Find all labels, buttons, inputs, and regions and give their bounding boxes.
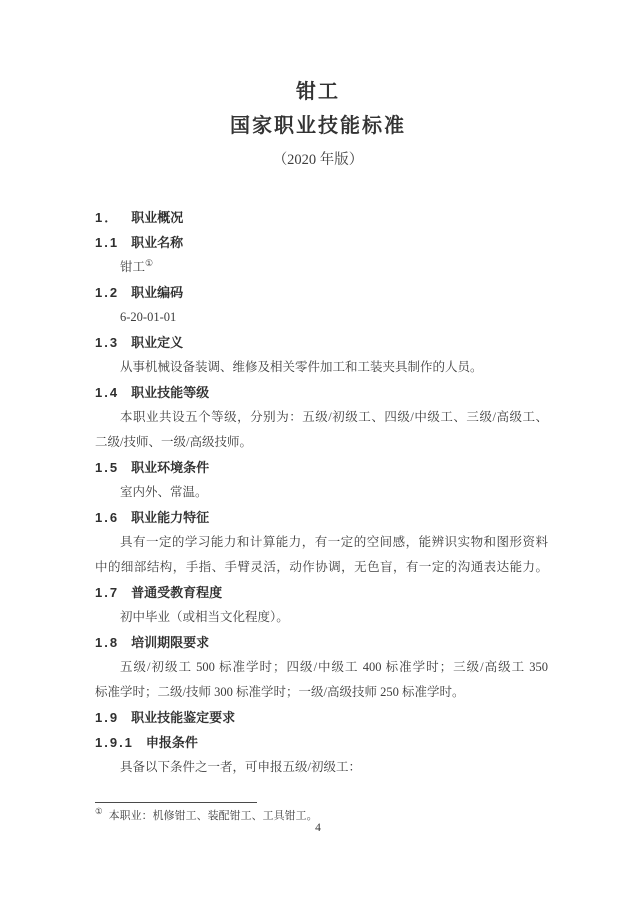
heading-occupation-code: 1.2职业编码 xyxy=(95,280,548,305)
heading-text: 职业技能等级 xyxy=(131,385,209,400)
heading-text: 职业定义 xyxy=(131,335,183,350)
paragraph-ability-traits: 具有一定的学习能力和计算能力，有一定的空间感，能辨识实物和图形资料 中的细部结构… xyxy=(95,530,548,580)
paragraph-skill-levels: 本职业共设五个等级，分别为：五级/初级工、四级/中级工、三级/高级工、 二级/技… xyxy=(95,405,548,455)
footnote-ref-marker: ① xyxy=(145,258,153,268)
heading-number: 1.7 xyxy=(95,585,119,600)
heading-text: 职业技能鉴定要求 xyxy=(131,710,235,725)
doc-title-occupation: 钳工 xyxy=(0,75,636,109)
paragraph-line: 具有一定的学习能力和计算能力，有一定的空间感，能辨识实物和图形资料 xyxy=(95,530,548,555)
heading-education-level: 1.7普通受教育程度 xyxy=(95,580,548,605)
heading-text: 职业概况 xyxy=(131,210,183,225)
heading-text: 职业名称 xyxy=(131,235,183,250)
heading-number: 1． xyxy=(95,210,119,225)
paragraph-occupation-code: 6-20-01-01 xyxy=(95,305,548,330)
paragraph-occupation-definition: 从事机械设备装调、维修及相关零件加工和工装夹具制作的人员。 xyxy=(95,355,548,380)
paragraph-line: 中的细部结构，手指、手臂灵活，动作协调，无色盲，有一定的沟通表达能力。 xyxy=(95,555,548,580)
page-number: 4 xyxy=(0,820,636,836)
heading-text: 培训期限要求 xyxy=(131,635,209,650)
paragraph-line: 五级/初级工 500 标准学时；四级/中级工 400 标准学时；三级/高级工 3… xyxy=(95,655,548,680)
document-title-block: 钳工 国家职业技能标准 （2020 年版） xyxy=(0,75,636,177)
heading-number: 1.4 xyxy=(95,385,119,400)
heading-appraisal-requirements: 1.9职业技能鉴定要求 xyxy=(95,705,548,730)
footnote-marker: ① xyxy=(95,806,103,816)
paragraph-training-duration: 五级/初级工 500 标准学时；四级/中级工 400 标准学时；三级/高级工 3… xyxy=(95,655,548,705)
heading-occupation-definition: 1.3职业定义 xyxy=(95,330,548,355)
paragraph-line: 本职业共设五个等级，分别为：五级/初级工、四级/中级工、三级/高级工、 xyxy=(95,405,548,430)
heading-work-environment: 1.5职业环境条件 xyxy=(95,455,548,480)
heading-occupation-name: 1.1职业名称 xyxy=(95,230,548,255)
heading-number: 1.9 xyxy=(95,710,119,725)
heading-number: 1.9.1 xyxy=(95,735,134,750)
heading-number: 1.8 xyxy=(95,635,119,650)
heading-text: 普通受教育程度 xyxy=(131,585,222,600)
doc-title-edition: （2020 年版） xyxy=(0,143,636,177)
heading-number: 1.5 xyxy=(95,460,119,475)
heading-skill-levels: 1.4职业技能等级 xyxy=(95,380,548,405)
heading-training-duration: 1.8培训期限要求 xyxy=(95,630,548,655)
heading-number: 1.2 xyxy=(95,285,119,300)
heading-text: 职业环境条件 xyxy=(131,460,209,475)
heading-number: 1.1 xyxy=(95,235,119,250)
paragraph-occupation-name: 钳工① xyxy=(95,255,548,280)
heading-text: 申报条件 xyxy=(146,735,198,750)
heading-occupation-overview: 1．职业概况 xyxy=(95,205,548,230)
heading-number: 1.6 xyxy=(95,510,119,525)
heading-ability-traits: 1.6职业能力特征 xyxy=(95,505,548,530)
paragraph-application-conditions: 具备以下条件之一者，可申报五级/初级工： xyxy=(95,755,548,780)
footnote-divider xyxy=(95,802,257,803)
paragraph-line: 标准学时；二级/技师 300 标准学时；一级/高级技师 250 标准学时。 xyxy=(95,680,548,705)
doc-title-standard: 国家职业技能标准 xyxy=(0,109,636,143)
paragraph-work-environment: 室内外、常温。 xyxy=(95,480,548,505)
heading-application-conditions: 1.9.1申报条件 xyxy=(95,730,548,755)
paragraph-text: 钳工 xyxy=(120,260,145,274)
heading-number: 1.3 xyxy=(95,335,119,350)
heading-text: 职业能力特征 xyxy=(131,510,209,525)
document-body: 1．职业概况 1.1职业名称 钳工① 1.2职业编码 6-20-01-01 1.… xyxy=(95,205,548,780)
paragraph-education-level: 初中毕业（或相当文化程度）。 xyxy=(95,605,548,630)
document-page: 钳工 国家职业技能标准 （2020 年版） 1．职业概况 1.1职业名称 钳工①… xyxy=(0,0,636,900)
paragraph-line: 二级/技师、一级/高级技师。 xyxy=(95,430,548,455)
heading-text: 职业编码 xyxy=(131,285,183,300)
